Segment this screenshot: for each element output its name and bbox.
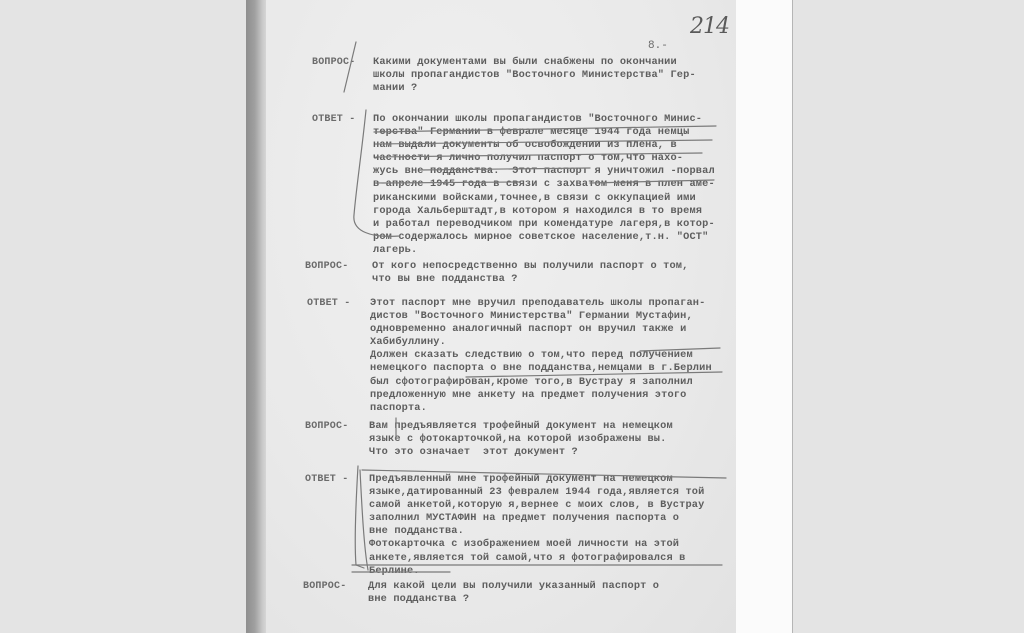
document-text: 214 8.- ВОПРОС- Какими документами вы бы… bbox=[0, 0, 1024, 633]
pencil-annotations bbox=[0, 0, 1024, 633]
